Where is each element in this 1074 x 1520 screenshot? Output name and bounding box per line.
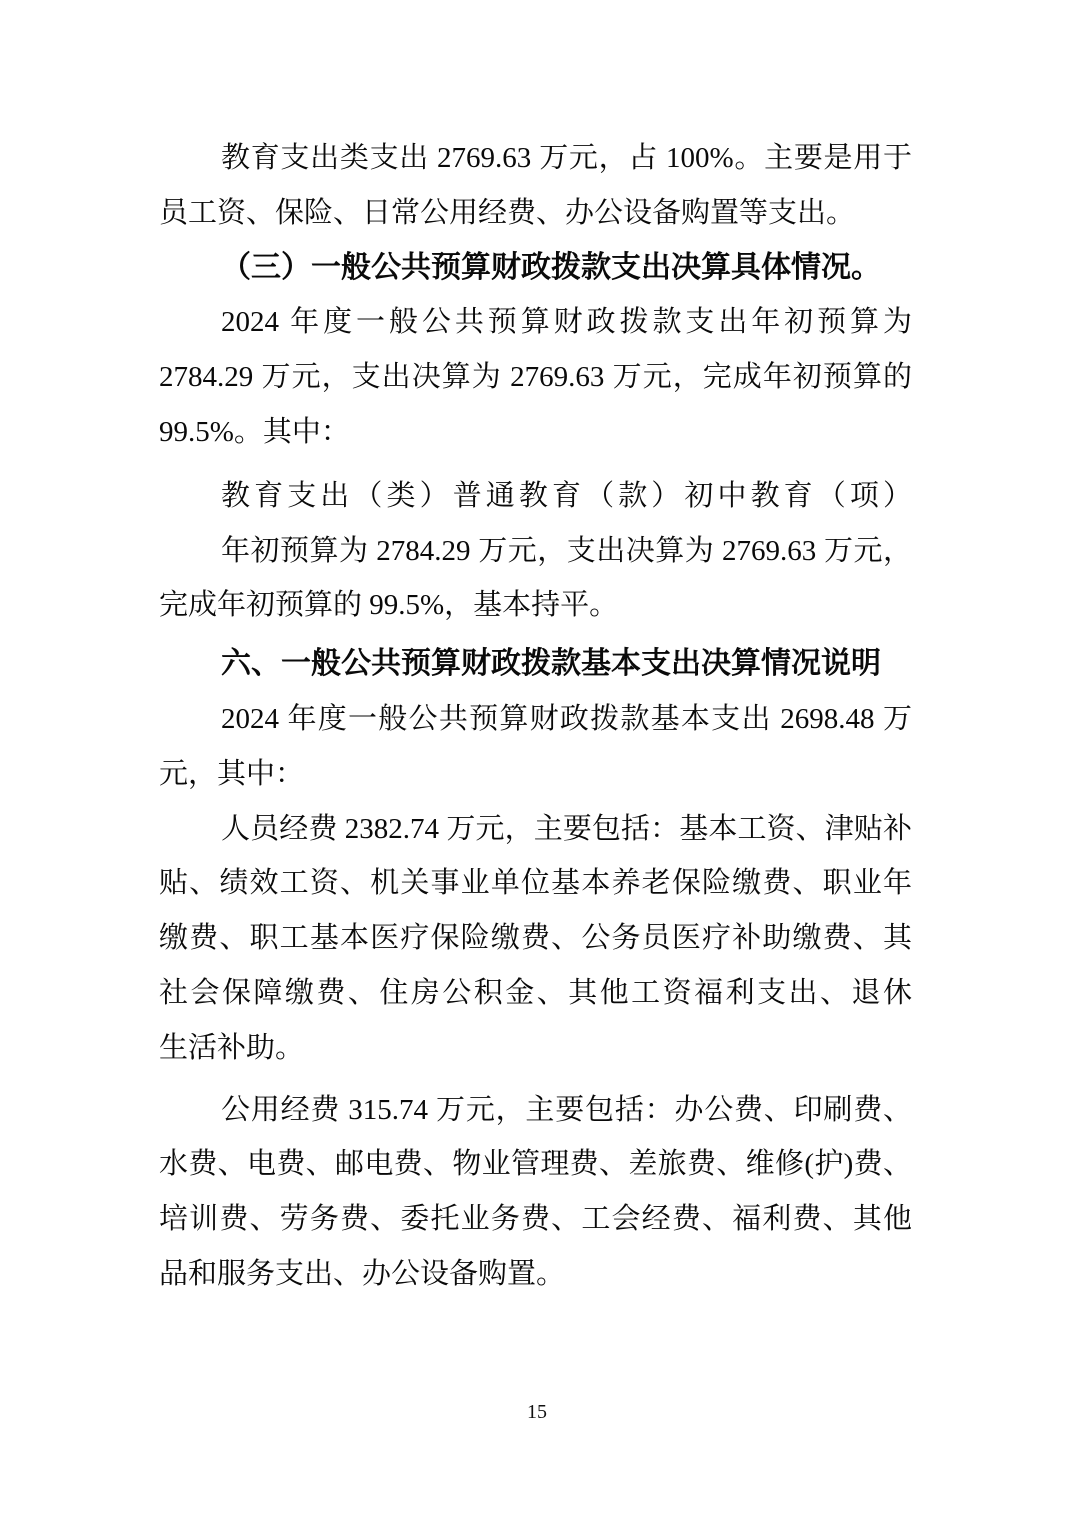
paragraph-line: 社会保障缴费、住房公积金、其他工资福利支出、退休费、	[159, 966, 912, 1021]
paragraph-line: 教育支出（类）普通教育（款）初中教育（项）	[159, 469, 912, 524]
subsection-heading: （三）一般公共预算财政拨款支出决算具体情况。	[159, 241, 912, 296]
text-column: 教育支出类支出 2769.63 万元，占 100%。主要是用于人 员工资、保险、…	[159, 131, 912, 1302]
paragraph-line: 公用经费 315.74 万元，主要包括：办公费、印刷费、	[159, 1083, 912, 1138]
paragraph-line: 人员经费 2382.74 万元，主要包括：基本工资、津贴补	[159, 802, 912, 857]
paragraph-line: 生活补助。	[159, 1021, 912, 1076]
paragraph-line: 99.5%。其中：	[159, 405, 912, 460]
paragraph-line: 元，其中：	[159, 747, 912, 802]
paragraph-line: 年初预算为 2784.29 万元，支出决算为 2769.63 万元，	[159, 524, 912, 579]
paragraph-line: 2024 年度一般公共预算财政拨款基本支出 2698.48 万	[159, 692, 912, 747]
paragraph-line: 员工资、保险、日常公用经费、办公设备购置等支出。	[159, 186, 912, 241]
paragraph-line: 水费、电费、邮电费、物业管理费、差旅费、维修(护)费、	[159, 1137, 912, 1192]
page-number: 15	[0, 1398, 1074, 1426]
document-page: 教育支出类支出 2769.63 万元，占 100%。主要是用于人 员工资、保险、…	[0, 0, 1074, 1520]
paragraph-line: 缴费、职工基本医疗保险缴费、公务员医疗补助缴费、其他	[159, 911, 912, 966]
paragraph-line: 教育支出类支出 2769.63 万元，占 100%。主要是用于人	[159, 131, 912, 186]
section-heading: 六、一般公共预算财政拨款基本支出决算情况说明	[159, 637, 912, 692]
paragraph-line: 贴、绩效工资、机关事业单位基本养老保险缴费、职业年金	[159, 856, 912, 911]
paragraph-line: 2024 年度一般公共预算财政拨款支出年初预算为	[159, 295, 912, 350]
paragraph-line: 2784.29 万元，支出决算为 2769.63 万元，完成年初预算的	[159, 350, 912, 405]
paragraph-line: 品和服务支出、办公设备购置。	[159, 1247, 912, 1302]
paragraph-line: 完成年初预算的 99.5%，基本持平。	[159, 578, 912, 633]
paragraph-line: 培训费、劳务费、委托业务费、工会经费、福利费、其他商	[159, 1192, 912, 1247]
